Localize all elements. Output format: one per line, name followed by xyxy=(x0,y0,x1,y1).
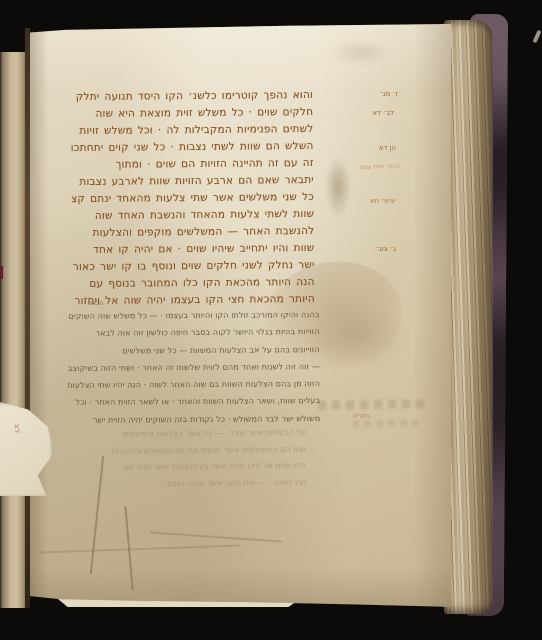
faded-text-block: על הנקודות אשר אצל · — כל אשר בצלעות והמ… xyxy=(70,425,307,495)
main-text-line: והוא נהפך קוטרימו כלשנ׳ הקו היסד תנועה י… xyxy=(71,87,313,106)
binding-gutter xyxy=(25,28,30,608)
main-text-line: שוות לשתי צלעות מהאחד והנשבת האחד שוה xyxy=(72,206,314,225)
ghost-text-smudge xyxy=(352,419,418,427)
main-text-line: הנה היותר מהכאת הקו כלו המחובר בנוסף עם xyxy=(73,274,315,293)
margin-note-faded: בתרא xyxy=(318,412,370,420)
main-text-block: והוא נהפך קוטרימו כלשנ׳ הקו היסד תנועה י… xyxy=(71,87,315,312)
main-text-line: שוות והיו יתחייב שיהיו שוים · אם יהיה קו… xyxy=(72,240,314,259)
manuscript-photo: והוא נהפך קוטרימו כלשנ׳ הקו היסד תנועה י… xyxy=(0,0,542,640)
patch-ink-mark: לצ xyxy=(13,424,21,434)
background-speck xyxy=(533,30,542,44)
main-text-line: השלש הם שוות לשתי נצבות · כל שני קוים ית… xyxy=(71,138,313,157)
margin-note: ז׳ מג׳ xyxy=(346,90,398,98)
cover-red-sliver xyxy=(0,266,3,279)
fore-edge-page-stack xyxy=(444,20,493,614)
main-text-line: לשתים הפנימיות המקבילות לה · וכל משלש זו… xyxy=(71,121,313,140)
main-text-line: חלקים שוים · כל משלש זוית מוצאת היא שוה xyxy=(71,104,313,123)
commentary-line: הזוייות בהיות בגלוי היושר לקוה בסבר חיפה… xyxy=(62,323,320,342)
faded-text-line: ועל השוה · — זוית הזוה אשר תהיה נצבת xyxy=(70,474,306,493)
commentary-line: בעלים שוות, ושאר הצלעות השוות והאחר · או… xyxy=(62,393,320,412)
main-text-line: להנשבת האחר — המשלשים מוקפים והצלעות xyxy=(72,223,314,242)
main-text-line: כל שני משלשים אשר שתי צלעות מהאחד ינתם ק… xyxy=(72,189,314,208)
commentary-text-block: בהנה והיקו המורכב זולתו הקו והיותר בעצמו… xyxy=(62,306,321,430)
margin-note: הן דא xyxy=(344,144,396,152)
margin-note: ג׳ צוב׳ xyxy=(344,245,396,253)
faded-text-line: על הנקודות אשר אצל · — כל אשר בצלעות והמ… xyxy=(70,425,306,444)
commentary-line: — זוה זוה לשנות ואחד מהם לזוית שלשות זה … xyxy=(62,358,320,377)
interlinear-gloss: הכאה xyxy=(88,300,103,307)
main-text-line: יתבאר שאם הם ארבע הזויות שוות לארבע נצבו… xyxy=(72,172,314,191)
commentary-line: הזוה מן בהם הצלעות השוות בם שוה האחר לשו… xyxy=(62,375,320,394)
main-text-line: זה עם זה תהיינה הזויות הם שוים · ומתוך xyxy=(72,155,314,174)
main-text-line: ישר נחלק לשני חלקים שוים ונוסף בו קו ישר… xyxy=(73,257,315,276)
margin-note: יציא׳ וזא xyxy=(344,197,396,205)
previous-leaf-edge xyxy=(0,52,27,608)
faded-text-line: ויהיו שוים אל הקו והנה אשר בין הנצבות אש… xyxy=(70,458,306,477)
margin-note: לב׳ דא xyxy=(342,109,394,117)
commentary-line: הזוייונים בהם על אב הצלעות המשוות — כל ש… xyxy=(62,341,320,360)
commentary-line: בהנה והיקו המורכב זולתו הקו והיותר בעצמו… xyxy=(62,306,320,325)
